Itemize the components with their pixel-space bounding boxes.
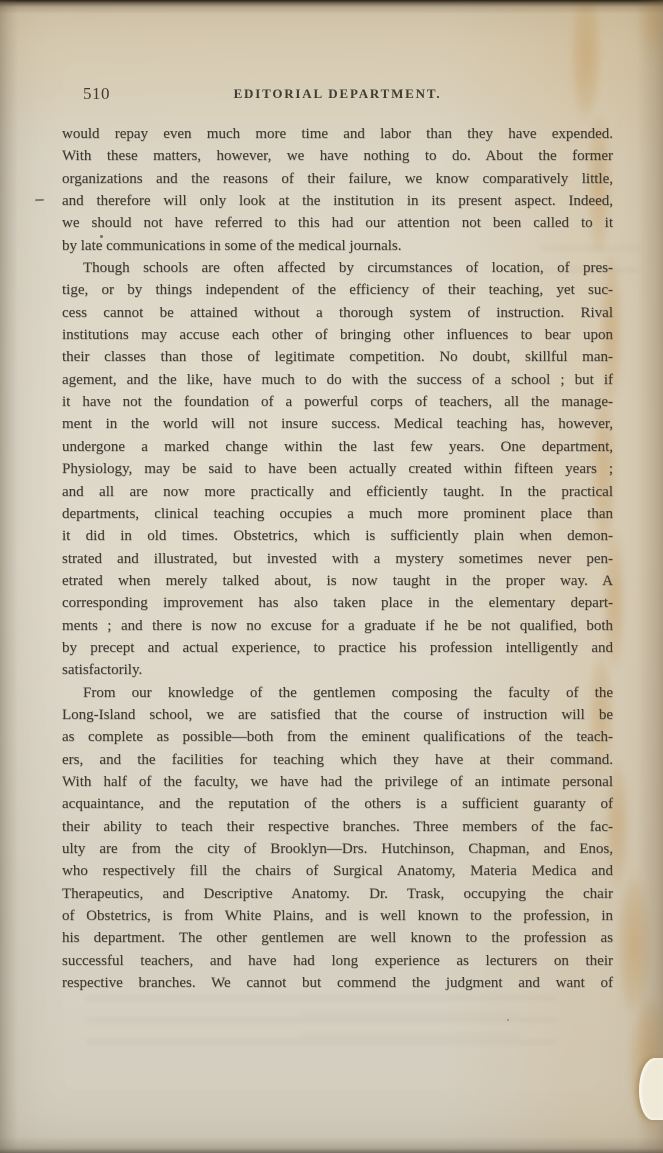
text-line: successful teachers, and have had long e…	[62, 950, 613, 972]
text-line: we should not have referred to this had …	[62, 212, 613, 234]
text-line: it have not the foundation of a powerful…	[62, 391, 613, 413]
page-header: 510 EDITORIAL DEPARTMENT.	[62, 84, 613, 104]
text-line: who respectively fill the chairs of Surg…	[62, 860, 613, 882]
scan-edge-left	[0, 0, 18, 1153]
scan-edge-right	[637, 0, 663, 1153]
text-line: etrated when merely talked about, is now…	[62, 570, 613, 592]
text-line: his department. The other gentlemen are …	[62, 927, 613, 949]
running-title: EDITORIAL DEPARTMENT.	[62, 86, 613, 102]
text-line: strated and illustrated, but invested wi…	[62, 548, 613, 570]
text-line: as complete as possible—both from the em…	[62, 726, 613, 748]
scanned-book-page: 510 EDITORIAL DEPARTMENT. would repay ev…	[0, 0, 663, 1153]
text-line: by precept and actual experience, to pra…	[62, 637, 613, 659]
body-text: would repay even much more time and labo…	[62, 123, 613, 994]
text-line: ers, and the facilities for teaching whi…	[62, 749, 613, 771]
paragraph-3: From our knowledge of the gentlemen comp…	[62, 682, 613, 995]
text-line: Physiology, may be said to have been act…	[62, 458, 613, 480]
text-line: ments ; and there is now no excuse for a…	[62, 615, 613, 637]
text-line: ulty are from the city of Brooklyn—Drs. …	[62, 838, 613, 860]
bleed-through-text	[300, 1012, 520, 1042]
text-line: their ability to teach their respective …	[62, 816, 613, 838]
text-line: ment in the world will not insure succes…	[62, 413, 613, 435]
ink-speck	[507, 1019, 509, 1021]
text-line: institutions may accuse each other of br…	[62, 324, 613, 346]
text-line: respective branches. We cannot but comme…	[62, 972, 613, 994]
text-line: of Obstetrics, is from White Plains, and…	[62, 905, 613, 927]
text-line: From our knowledge of the gentlemen comp…	[62, 682, 613, 704]
text-line: corresponding improvement has also taken…	[62, 592, 613, 614]
text-line: cess cannot be attained without a thorou…	[62, 302, 613, 324]
text-line: With these matters, however, we have not…	[62, 145, 613, 167]
text-line: departments, clinical teaching occupies …	[62, 503, 613, 525]
text-line: Therapeutics, and Descriptive Anatomy. D…	[62, 883, 613, 905]
scan-edge-bottom	[0, 1137, 663, 1153]
text-line: would repay even much more time and labo…	[62, 123, 613, 145]
text-line: and all are now more practically and eff…	[62, 481, 613, 503]
text-line: their classes than those of legitimate c…	[62, 346, 613, 368]
text-line: it did in old times. Obstetrics, which i…	[62, 525, 613, 547]
text-line: With half of the faculty, we have had th…	[62, 771, 613, 793]
text-line: undergone a marked change within the las…	[62, 436, 613, 458]
text-line: Long-Island school, we are satisfied tha…	[62, 704, 613, 726]
scan-edge-top	[0, 0, 663, 14]
text-line: agement, and the like, have much to do w…	[62, 369, 613, 391]
text-line: organizations and the reasons of their f…	[62, 168, 613, 190]
torn-paper-chip	[639, 1058, 663, 1120]
text-line: tige, or by things independent of the ef…	[62, 279, 613, 301]
text-line: and therefore will only look at the inst…	[62, 190, 613, 212]
text-line: Though schools are often affected by cir…	[62, 257, 613, 279]
paragraph-2: Though schools are often affected by cir…	[62, 257, 613, 682]
paragraph-1: would repay even much more time and labo…	[62, 123, 613, 257]
text-line: by late communications in some of the me…	[62, 235, 613, 257]
text-line: acquaintance, and the reputation of the …	[62, 793, 613, 815]
text-line: satisfactorily.	[62, 659, 613, 681]
